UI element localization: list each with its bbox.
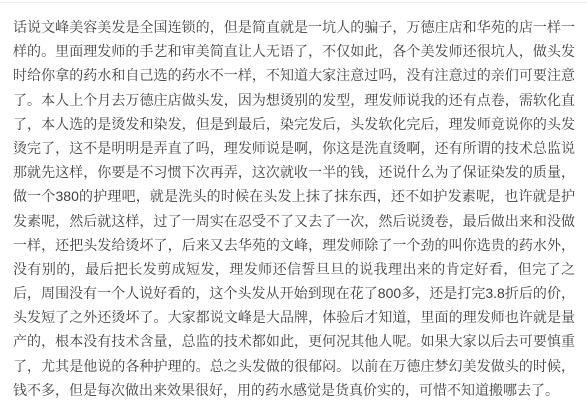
article-text: 话说文峰美容美发是全国连锁的，但是简直就是一坑人的骗子，万德庄店和华苑的店一样一… xyxy=(13,15,575,402)
text-line: 一样，还把头发给烫坏了，后来又去华苑的文峰，理发师除了一个劲的叫你选贵的药水外， xyxy=(13,233,575,257)
text-line: 没有别的，最后把长发剪成短发，理发师还信誓旦旦的说我理出来的肯定好看，但完了之 xyxy=(13,257,575,281)
text-line: 样的。里面理发师的手艺和审美简直让人无语了，不仅如此，各个美发师还很坑人，做头发 xyxy=(13,39,575,63)
text-line: 发素呢，然后就这样，过了一周实在忍受不了又去了一次，然后说烫卷，最后做出来和没做 xyxy=(13,209,575,233)
text-line: 钱不多，但是每次做出来效果很好，用的药水感觉是货真价实的，可惜不知道搬哪去了。 xyxy=(13,378,575,402)
text-line: 了，尤其是他说的各种护理的。总之头发做的很郁闷。以前在万德庄梦幻美发做头的时候， xyxy=(13,354,575,378)
text-line: 了。本人上个月去万德庄店做头发，因为想烫别的发型，理发师说我的还有点卷，需软化直 xyxy=(13,88,575,112)
text-line: 时给你拿的药水和自己选的药水不一样，不知道大家注意过吗，没有注意过的亲们可要注意 xyxy=(13,63,575,87)
text-line: 话说文峰美容美发是全国连锁的，但是简直就是一坑人的骗子，万德庄店和华苑的店一样一 xyxy=(13,15,575,39)
text-line: 后，周围没有一个人说好看的，这个头发从开始到现在花了800多，还是打完3.8折后… xyxy=(13,281,575,305)
text-line: 了，本人选的是烫发和染发，但是到最后，染完发后，头发软化完后，理发师竟说你的头发 xyxy=(13,112,575,136)
top-divider xyxy=(0,2,587,3)
text-line: 头发短了之外还烫坏了。大家都说文峰是大品牌，体验后才知道，里面的理发师也许就是量 xyxy=(13,305,575,329)
text-line: 产的，根本没有技术含量，总监的技术都如此，更何况其他人呢。如果大家以后去可要慎重 xyxy=(13,329,575,353)
text-line: 做一个380的护理吧，就是洗头的时候在头发上抹了抹东西，还不如护发素呢，也许就是… xyxy=(13,184,575,208)
text-line: 烫完了，这不是明明是弄直了吗，理发师说是啊，你这是洗直烫啊，还有所谓的技术总监说 xyxy=(13,136,575,160)
text-line: 那就先这样，你要是不习惯下次再弄，这次就收一半的钱，还说什么为了保证染发的质量， xyxy=(13,160,575,184)
